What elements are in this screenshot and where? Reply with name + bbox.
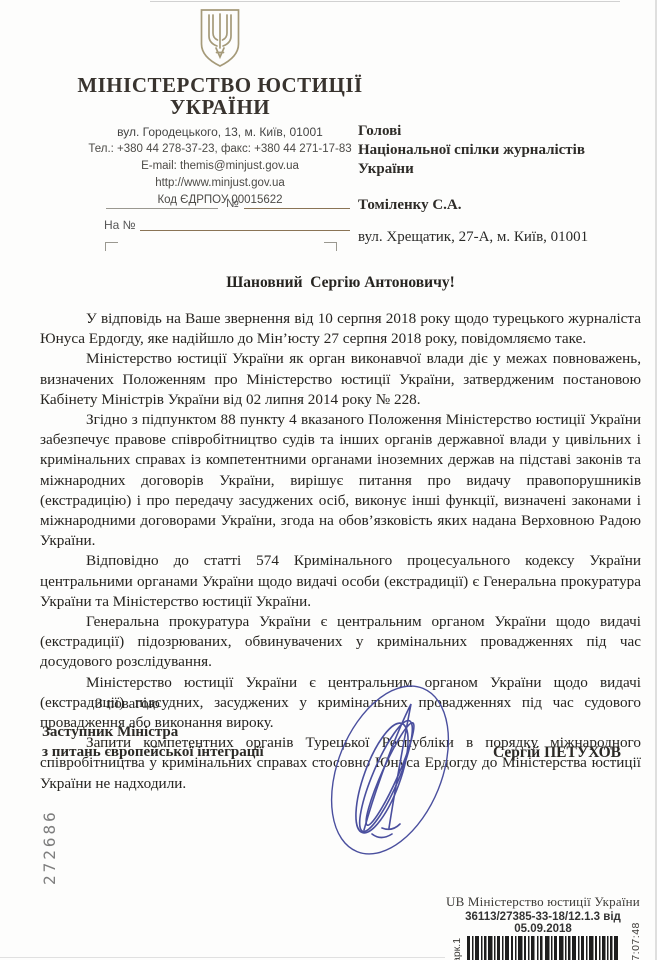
signer-title: Заступник Міністра з питань європейської… [42, 722, 264, 762]
signer-title-line2: з питань європейської інтеграції [42, 742, 264, 762]
stamp-date: 05.09.2018 [438, 923, 648, 935]
stamped-document-number: 272686 [40, 783, 59, 885]
scanned-letter-page: МІНІСТЕРСТВО ЮСТИЦІЇ УКРАЇНИ вул. Городе… [0, 0, 657, 960]
paragraph-3: Згідно з підпунктом 88 пункту 4 вказаног… [40, 410, 641, 551]
signer-title-line1: Заступник Міністра [42, 722, 264, 742]
reply-number-label: На № [104, 218, 136, 232]
recipient-name: Томіленку С.А. [358, 196, 638, 215]
barcode [467, 936, 619, 960]
recipient-block: Голові Національної спілки журналістів У… [358, 122, 638, 247]
reply-blank-line [140, 230, 350, 231]
number-blank-line [244, 208, 350, 209]
date-blank-line [106, 208, 218, 209]
barcode-row: арк.1 [438, 936, 648, 960]
stamp-time: 17:07:48 [630, 922, 642, 960]
paragraph-1: У відповідь на Ваше звернення від 10 сер… [40, 309, 641, 349]
address-corner-mark-left [105, 242, 118, 251]
ukraine-trident-emblem-icon [195, 8, 245, 68]
paragraph-5: Генеральна прокуратура України є централ… [40, 612, 641, 673]
paragraph-4: Відповідно до статті 574 Кримінального п… [40, 551, 641, 612]
stamp-organization: UB Міністерство юстиції України [438, 894, 648, 910]
recipient-position: Голові [358, 122, 638, 141]
closing-regards: З повагою [95, 696, 160, 713]
number-sign-label: № [226, 196, 239, 210]
outgoing-number-row: № [104, 196, 350, 212]
handwritten-signature [302, 678, 482, 858]
ministry-name: МІНІСТЕРСТВО ЮСТИЦІЇ УКРАЇНИ [6, 74, 434, 118]
scan-artifact-top [150, 1, 620, 2]
reference-fields: № На № [104, 196, 350, 236]
address-corner-mark-right [324, 242, 337, 251]
reply-number-row: На № [104, 218, 350, 236]
recipient-address: вул. Хрещатик, 27-А, м. Київ, 01001 [358, 228, 638, 247]
paragraph-2: Міністерство юстиції України як орган ви… [40, 349, 641, 410]
salutation: Шановний Сергію Антоновичу! [40, 274, 641, 292]
registration-stamp: UB Міністерство юстиції України 36113/27… [438, 894, 648, 960]
ministry-name-line1: МІНІСТЕРСТВО ЮСТИЦІЇ [6, 74, 434, 96]
recipient-organization: Національної спілки журналістів України [358, 141, 638, 179]
stamp-registration-number: 36113/27385-33-18/12.1.3 від [438, 911, 648, 923]
stamp-sheet-count: арк.1 [451, 934, 463, 960]
scan-artifact-bottom [0, 957, 445, 958]
ministry-name-line2: УКРАЇНИ [6, 96, 434, 118]
signer-name: Сергій ПЕТУХОВ [493, 744, 621, 762]
